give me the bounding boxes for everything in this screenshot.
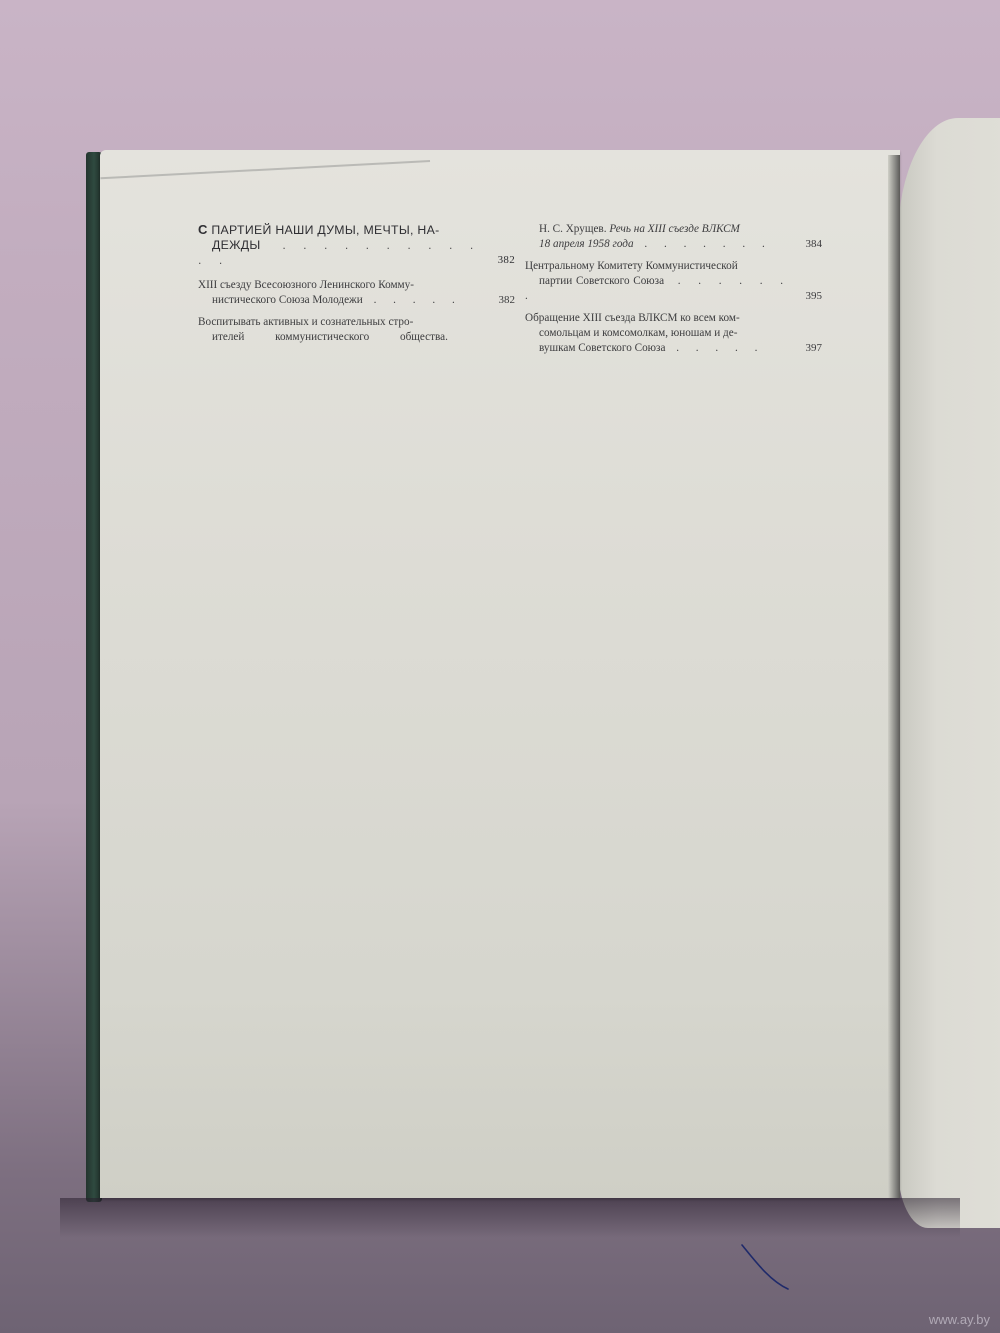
page-number: 384 bbox=[806, 237, 823, 252]
watermark: www.ay.by bbox=[929, 1312, 990, 1327]
entry-line-1: Речь на XIII съезде ВЛКСМ bbox=[609, 223, 740, 235]
page-number: 395 bbox=[806, 289, 823, 304]
toc-section-heading: С ПАРТИЕЙ НАШИ ДУМЫ, МЕЧТЫ, НА- ДЕЖДЫ . … bbox=[198, 222, 483, 268]
toc-left-column: С ПАРТИЕЙ НАШИ ДУМЫ, МЕЧТЫ, НА- ДЕЖДЫ . … bbox=[198, 222, 483, 352]
entry-line-2: 18 апреля 1958 года bbox=[525, 238, 634, 250]
entry-line-1: Обращение XIII съезда ВЛКСМ ко всем ком- bbox=[525, 311, 790, 326]
heading-line-2: ДЕЖДЫ bbox=[198, 238, 261, 252]
page-gutter bbox=[888, 155, 900, 1198]
entry-line-1: Центральному Комитету Коммунистической bbox=[525, 259, 790, 274]
page-number: 397 bbox=[806, 341, 823, 356]
toc-entry: Центральному Комитету Коммунистической п… bbox=[525, 259, 790, 304]
page-number: 382 bbox=[499, 293, 516, 308]
facing-page-curl bbox=[898, 118, 1000, 1228]
page-shadow bbox=[60, 1198, 960, 1238]
leader-dots: . . . . . bbox=[668, 342, 764, 354]
toc-entry: Обращение XIII съезда ВЛКСМ ко всем ком-… bbox=[525, 311, 790, 356]
page-number: 382 bbox=[498, 253, 515, 268]
entry-line-1: XIII съезду Всесоюзного Ленинского Комму… bbox=[198, 278, 483, 293]
entry-line-2: партии Советского Союза bbox=[525, 275, 664, 287]
entry-line-1: Воспитывать активных и сознательных стро… bbox=[198, 315, 483, 330]
heading-initial: С bbox=[198, 222, 208, 237]
entry-line-2: ителей коммунистического общества. bbox=[198, 331, 448, 343]
heading-line-1: ПАРТИЕЙ НАШИ ДУМЫ, МЕЧТЫ, НА- bbox=[211, 223, 439, 237]
entry-line-3: вушкам Советского Союза bbox=[525, 342, 665, 354]
toc-entry: Воспитывать активных и сознательных стро… bbox=[198, 315, 483, 345]
entry-line-2: сомольцам и комсомолкам, юношам и де- bbox=[525, 326, 790, 341]
pen-mark bbox=[740, 1243, 800, 1293]
leader-dots: . . . . . . . bbox=[636, 238, 771, 250]
toc-entry: Н. С. Хрущев. Речь на XIII съезде ВЛКСМ … bbox=[525, 222, 790, 252]
entry-author: Н. С. Хрущев. bbox=[525, 223, 607, 235]
toc-right-column: Н. С. Хрущев. Речь на XIII съезде ВЛКСМ … bbox=[525, 222, 790, 363]
leader-dots: . . . . . bbox=[366, 294, 462, 306]
toc-entry: XIII съезду Всесоюзного Ленинского Комму… bbox=[198, 278, 483, 308]
entry-line-2: нистического Союза Молодежи bbox=[198, 294, 363, 306]
